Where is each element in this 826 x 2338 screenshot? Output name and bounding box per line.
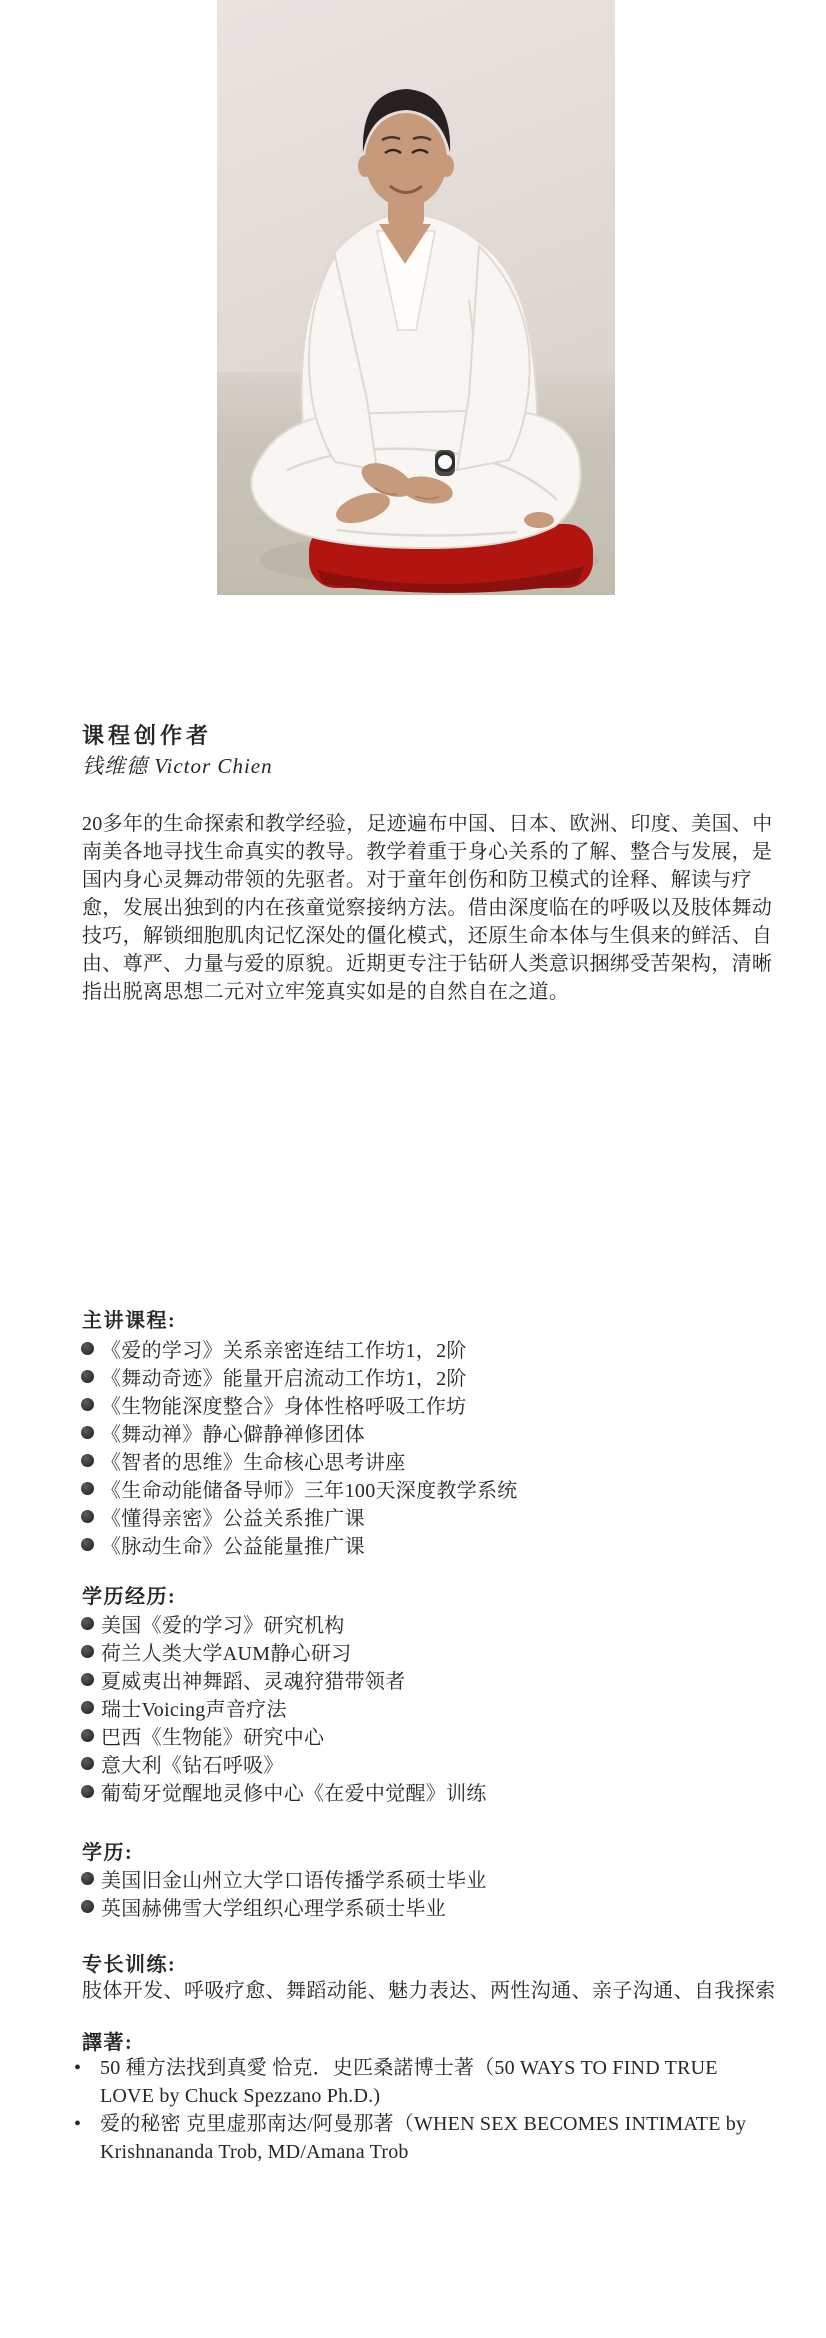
list-item: 巴西《生物能》研究中心 — [81, 1721, 487, 1749]
list-item-label: 意大利《钻石呼吸》 — [101, 1749, 284, 1778]
translation-line: 50 種方法找到真愛 恰克．史匹桑諾博士著（50 WAYS TO FIND TR… — [100, 2054, 810, 2082]
list-item: 《舞动禅》静心僻静禅修团体 — [81, 1418, 518, 1446]
bullet-circle-icon — [81, 1673, 94, 1686]
experience-list: 美国《爱的学习》研究机构 荷兰人类大学AUM静心研习 夏威夷出神舞蹈、灵魂狩猎带… — [81, 1609, 487, 1805]
list-item: 英国赫佛雪大学组织心理学系硕士毕业 — [81, 1892, 487, 1920]
list-item-label: 《智者的思维》生命核心思考讲座 — [101, 1446, 406, 1475]
bio-line: 愈，发展出独到的内在孩童觉察接纳方法。借由深度临在的呼吸以及肢体舞动 — [82, 894, 788, 922]
bullet-circle-icon — [81, 1617, 94, 1630]
list-item: 美国《爱的学习》研究机构 — [81, 1609, 487, 1637]
creator-name: 钱维德 Victor Chien — [82, 750, 273, 780]
translation-item: • 爱的秘密 克里虚那南达/阿曼那著（WHEN SEX BECOMES INTI… — [70, 2110, 810, 2166]
bullet-circle-icon — [81, 1645, 94, 1658]
bio-line: 20多年的生命探索和教学经验，足迹遍布中国、日本、欧洲、印度、美国、中 — [82, 810, 788, 838]
bio-paragraph: 20多年的生命探索和教学经验，足迹遍布中国、日本、欧洲、印度、美国、中 南美各地… — [82, 810, 788, 1006]
bullet-circle-icon — [81, 1538, 94, 1551]
right-foot — [524, 512, 554, 528]
list-item: 《舞动奇迹》能量开启流动工作坊1，2阶 — [81, 1362, 518, 1390]
creator-photo — [217, 0, 615, 595]
experience-heading: 学历经历: — [82, 1580, 176, 1609]
bio-line: 由、尊严、力量与爱的原貌。近期更专注于钻研人类意识捆绑受苦架构，清晰 — [82, 950, 788, 978]
translation-line: 爱的秘密 克里虚那南达/阿曼那著（WHEN SEX BECOMES INTIMA… — [100, 2110, 810, 2138]
list-item: 《爱的学习》关系亲密连结工作坊1，2阶 — [81, 1334, 518, 1362]
creator-photo-illustration — [217, 0, 615, 595]
translation-item-text: 爱的秘密 克里虚那南达/阿曼那著（WHEN SEX BECOMES INTIMA… — [100, 2110, 810, 2166]
list-item-label: 《脉动生命》公益能量推广课 — [101, 1530, 365, 1559]
translation-line: LOVE by Chuck Spezzano Ph.D.) — [100, 2082, 810, 2110]
list-item-label: 《爱的学习》关系亲密连结工作坊1，2阶 — [101, 1334, 467, 1363]
bullet-circle-icon — [81, 1785, 94, 1798]
list-item-label: 夏威夷出神舞蹈、灵魂狩猎带领者 — [101, 1665, 406, 1694]
bullet-circle-icon — [81, 1482, 94, 1495]
list-item-label: 美国旧金山州立大学口语传播学系硕士毕业 — [101, 1864, 487, 1893]
list-item: 夏威夷出神舞蹈、灵魂狩猎带领者 — [81, 1665, 487, 1693]
list-item-label: 荷兰人类大学AUM静心研习 — [101, 1637, 352, 1666]
article-page: { "page": {"background": "#ffffff", "tex… — [0, 0, 826, 2338]
bullet-circle-icon — [81, 1729, 94, 1742]
translation-item: • 50 種方法找到真愛 恰克．史匹桑諾博士著（50 WAYS TO FIND … — [70, 2054, 810, 2110]
bullet-circle-icon — [81, 1872, 94, 1885]
list-item: 《智者的思维》生命核心思考讲座 — [81, 1446, 518, 1474]
list-item-label: 美国《爱的学习》研究机构 — [101, 1609, 345, 1638]
education-heading: 学历: — [82, 1836, 133, 1865]
creator-title: 课程创作者 — [82, 719, 212, 750]
education-list: 美国旧金山州立大学口语传播学系硕士毕业 英国赫佛雪大学组织心理学系硕士毕业 — [81, 1864, 487, 1920]
list-item: 美国旧金山州立大学口语传播学系硕士毕业 — [81, 1864, 487, 1892]
list-item: 《脉动生命》公益能量推广课 — [81, 1530, 518, 1558]
list-item-label: 《懂得亲密》公益关系推广课 — [101, 1502, 365, 1531]
list-item: 意大利《钻石呼吸》 — [81, 1749, 487, 1777]
bullet-circle-icon — [81, 1454, 94, 1467]
bio-line: 技巧，解锁细胞肌肉记忆深处的僵化模式，还原生命本体与生俱来的鲜活、自 — [82, 922, 788, 950]
translation-line: Krishnananda Trob, MD/Amana Trob — [100, 2138, 810, 2166]
list-item-label: 《生物能深度整合》身体性格呼吸工作坊 — [101, 1390, 466, 1419]
bullet-circle-icon — [81, 1701, 94, 1714]
list-item-label: 《舞动奇迹》能量开启流动工作坊1，2阶 — [101, 1362, 467, 1391]
list-item: 葡萄牙觉醒地灵修中心《在爱中觉醒》训练 — [81, 1777, 487, 1805]
specialties-body: 肢体开发、呼吸疗愈、舞蹈动能、魅力表达、两性沟通、亲子沟通、自我探索 — [82, 1974, 776, 2003]
list-item: 《生物能深度整合》身体性格呼吸工作坊 — [81, 1390, 518, 1418]
bullet-circle-icon — [81, 1900, 94, 1913]
bio-line: 南美各地寻找生命真实的教导。教学着重于身心关系的了解、整合与发展，是 — [82, 838, 788, 866]
list-item: 《懂得亲密》公益关系推广课 — [81, 1502, 518, 1530]
list-item-label: 英国赫佛雪大学组织心理学系硕士毕业 — [101, 1892, 446, 1921]
specialties-heading: 专长训练: — [82, 1948, 176, 1977]
courses-heading: 主讲课程: — [82, 1304, 176, 1333]
list-item-label: 巴西《生物能》研究中心 — [101, 1721, 324, 1750]
bullet-circle-icon — [81, 1370, 94, 1383]
translations-list: • 50 種方法找到真愛 恰克．史匹桑諾博士著（50 WAYS TO FIND … — [70, 2054, 810, 2166]
bullet-circle-icon — [81, 1426, 94, 1439]
list-item-label: 《舞动禅》静心僻静禅修团体 — [101, 1418, 365, 1447]
list-item-label: 葡萄牙觉醒地灵修中心《在爱中觉醒》训练 — [101, 1777, 487, 1806]
bullet-circle-icon — [81, 1757, 94, 1770]
list-item-label: 《生命动能储备导师》三年100天深度教学系统 — [101, 1474, 518, 1503]
bio-line: 指出脱离思想二元对立牢笼真实如是的自然自在之道。 — [82, 978, 788, 1006]
list-item-label: 瑞士Voicing声音疗法 — [101, 1693, 287, 1722]
bullet-circle-icon — [81, 1510, 94, 1523]
bullet-dot-icon: • — [70, 2054, 100, 2082]
courses-list: 《爱的学习》关系亲密连结工作坊1，2阶 《舞动奇迹》能量开启流动工作坊1，2阶 … — [81, 1334, 518, 1558]
bullet-dot-icon: • — [70, 2110, 100, 2138]
list-item: 《生命动能储备导师》三年100天深度教学系统 — [81, 1474, 518, 1502]
bullet-circle-icon — [81, 1398, 94, 1411]
bio-line: 国内身心灵舞动带领的先驱者。对于童年创伤和防卫模式的诠释、解读与疗 — [82, 866, 788, 894]
bullet-circle-icon — [81, 1342, 94, 1355]
translations-heading: 譯著: — [82, 2026, 133, 2055]
wrist-watch — [437, 454, 454, 471]
list-item: 荷兰人类大学AUM静心研习 — [81, 1637, 487, 1665]
translation-item-text: 50 種方法找到真愛 恰克．史匹桑諾博士著（50 WAYS TO FIND TR… — [100, 2054, 810, 2110]
list-item: 瑞士Voicing声音疗法 — [81, 1693, 487, 1721]
